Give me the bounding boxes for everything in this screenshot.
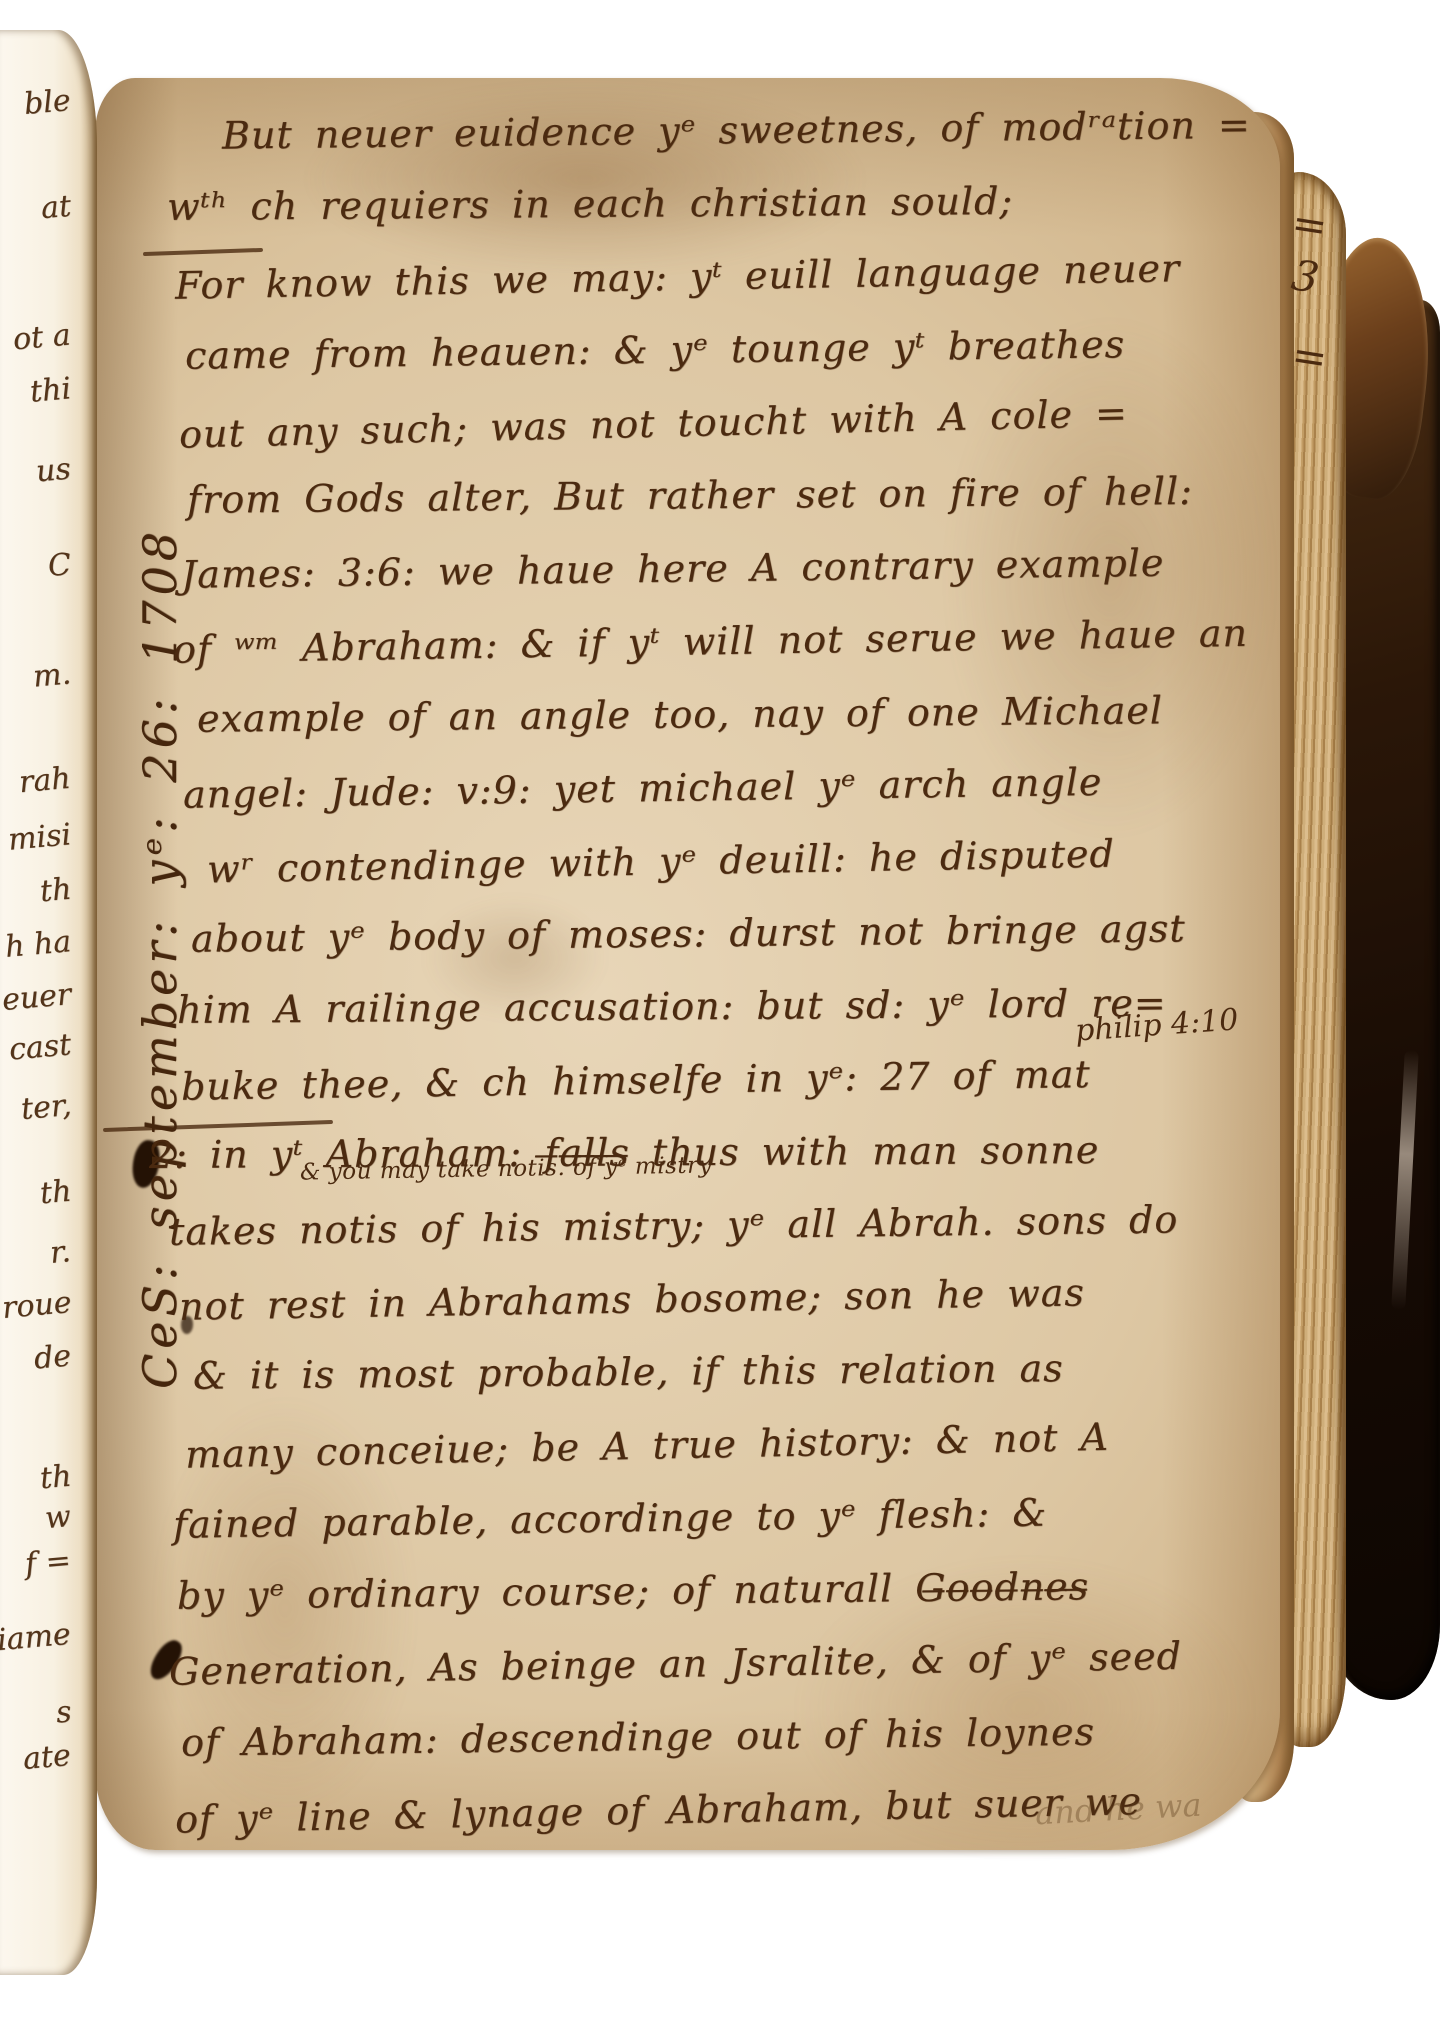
manuscript-line: not rest in Abrahams bosome; son he was	[178, 1253, 1287, 1343]
facing-page-text-fragment: rah	[18, 761, 72, 800]
manuscript-line: example of an angle too, nay of one Mich…	[197, 673, 1288, 756]
facing-page-text-fragment: ble	[23, 83, 72, 122]
facing-page-text-fragment: at	[40, 189, 73, 226]
facing-page-text-fragment: euer	[0, 977, 72, 1018]
manuscript-line: from Gods alter, But rather set on fire …	[187, 454, 1288, 537]
manuscript-line: But neuer euidence yᵉ sweetnes, of modʳᵃ…	[222, 88, 1288, 172]
facing-page-text-fragment: de	[33, 1338, 73, 1376]
facing-page-text-fragment: roue	[0, 1285, 72, 1326]
facing-page-text-fragment: thi	[29, 371, 73, 409]
facing-page-text-fragment: th	[38, 1459, 72, 1497]
manuscript-line: of ʷᵐ Abraham: & if yᵗ will not serue we…	[172, 596, 1287, 686]
facing-page-text-fragment: s	[54, 1694, 72, 1730]
facing-page-sliver: bleatot athiusCm.rahmisithh haeuercastte…	[0, 30, 97, 1975]
manuscript-line: about yᵉ body of moses: durst not bringe…	[191, 891, 1288, 975]
leather-cover	[1332, 300, 1440, 1700]
facing-page-text-fragment: h ha	[4, 924, 73, 965]
facing-page-text-fragment: iame	[0, 1617, 72, 1658]
manuscript-page: CeS: september: yᵉ: 26: 1708 But neuer e…	[95, 78, 1280, 1850]
facing-page-text-fragment: ate	[22, 1738, 73, 1777]
manuscript-line: buke thee, & ch himselfe in yᵉ: 27 of ma…	[181, 1035, 1288, 1123]
facing-page-text-fragment: misi	[7, 817, 73, 857]
facing-page-text-fragment: w	[44, 1499, 73, 1536]
manuscript-line: wᵗʰ ch requiers in each christian sould;	[167, 163, 1287, 244]
facing-page-text-fragment: th	[38, 872, 72, 910]
facing-page-text-fragment: ot a	[12, 318, 72, 358]
facing-page-text-fragment: us	[35, 452, 73, 490]
facing-page-text-fragment: th	[38, 1174, 72, 1212]
facing-page-text-fragment: f =	[24, 1543, 73, 1582]
facing-page-text-fragment: ter,	[19, 1088, 72, 1127]
manuscript-line: fained parable, accordinge to yᵉ flesh: …	[173, 1473, 1288, 1562]
text-block: But neuer euidence yᵉ sweetnes, of modʳᵃ…	[167, 94, 1287, 1846]
facing-page-text-fragment: C	[47, 547, 73, 584]
book-photo: =3= CeS: september: yᵉ: 26: 1708 But neu…	[0, 0, 1445, 2023]
facing-page-text-fragment: r.	[49, 1234, 73, 1271]
facing-page-text-fragment: cast	[7, 1027, 72, 1067]
facing-page-text-fragment: m.	[32, 656, 73, 694]
